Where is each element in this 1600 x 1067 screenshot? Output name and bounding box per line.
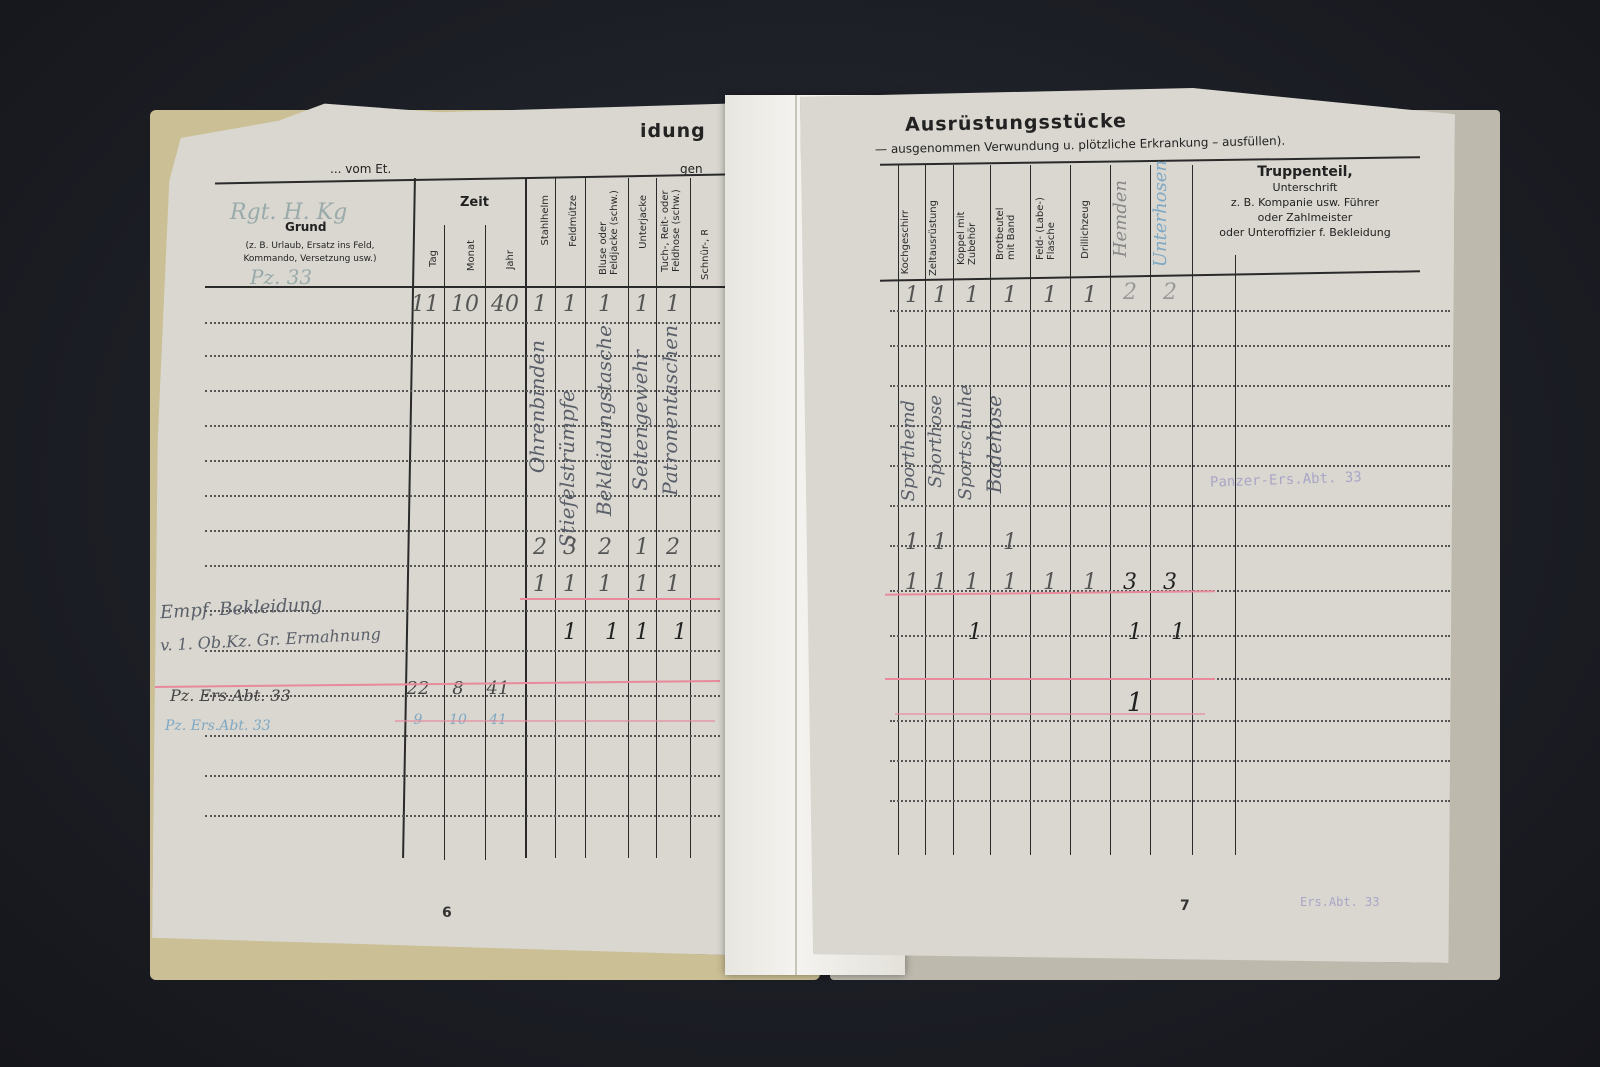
col-monat: Monat	[466, 240, 477, 271]
empf-count: 1	[673, 620, 687, 645]
handwritten-item: Ohrenbinden	[525, 340, 549, 473]
row-line	[890, 545, 1450, 547]
cell-brotbeutel: 1	[1003, 283, 1017, 308]
left-grid-line	[628, 178, 629, 858]
cell-bluse: 1	[598, 292, 612, 317]
row-line	[205, 815, 720, 817]
cell-kochgeschirr: 1	[905, 283, 919, 308]
cell-feldflasche: 1	[1043, 283, 1057, 308]
left-grid-line	[585, 178, 586, 858]
empf-count: 1	[1128, 620, 1142, 645]
cell-jahr: 41	[487, 678, 510, 699]
cell-koppel: 1	[965, 283, 979, 308]
col-unterjacke: Unterjacke	[638, 195, 649, 249]
truppenteil-header: Truppenteil, Unterschrift z. B. Kompanie…	[1200, 165, 1410, 240]
row-line	[890, 310, 1450, 312]
empf-count: 1	[968, 620, 982, 645]
row-line	[205, 565, 720, 567]
right-grid-line	[1110, 165, 1111, 855]
right-page-number: 7	[1180, 898, 1190, 914]
empf-count: 1	[635, 620, 649, 645]
handwritten-count: 1	[1003, 530, 1017, 555]
handwritten-count: 1	[905, 530, 919, 555]
right-grid-line	[1030, 165, 1031, 855]
right-grid-line	[1070, 165, 1071, 855]
cell-hemden: 2	[1123, 280, 1137, 305]
col-tag: Tag	[428, 250, 439, 267]
left-grid-line	[690, 178, 691, 858]
crossed-count: 1	[598, 572, 612, 597]
crossed-count: 1	[533, 572, 547, 597]
left-grid-line	[525, 178, 527, 858]
left-header-fragment: idung	[640, 120, 706, 142]
cell-jahr: 40	[491, 292, 519, 317]
zeit-heading: Zeit	[460, 195, 489, 210]
col-koppel: Koppel mit Zubehör	[956, 205, 982, 265]
handwritten-grund: Pz. Ers.Abt. 33	[170, 686, 291, 705]
col-kochgeschirr: Kochgeschirr	[900, 210, 911, 274]
handwritten-item: Sporthose	[925, 395, 946, 488]
col-bluse: Bluse oder Feldjacke (schw.)	[598, 185, 624, 275]
crossed-count: 1	[635, 572, 649, 597]
row-line	[205, 735, 720, 737]
right-grid-line	[1192, 165, 1193, 855]
handwritten-item: Seitengewehr	[628, 350, 652, 491]
row-line	[890, 505, 1450, 507]
unit-stamp-bottom: Ers.Abt. 33	[1300, 895, 1379, 909]
empf-count: 1	[605, 620, 619, 645]
row-line	[890, 720, 1450, 722]
grund-heading: Grund	[285, 220, 326, 234]
col-jahr: Jahr	[505, 250, 516, 270]
right-grid-line	[925, 165, 926, 855]
handwritten-count: 1	[933, 530, 947, 555]
cell-monat: 8	[452, 678, 463, 699]
left-grid-line	[485, 225, 486, 860]
col-drillichzeug: Drillichzeug	[1080, 200, 1091, 259]
crossed-count: 1	[965, 570, 979, 595]
red-strike-line	[395, 720, 715, 722]
row-line	[890, 800, 1450, 802]
cell-zeltausruestung: 1	[933, 283, 947, 308]
handwritten-count: 2	[598, 535, 612, 560]
cell-tuchhose: 1	[666, 292, 680, 317]
handwritten-count: 2	[533, 535, 547, 560]
col-unterhosen: Unterhosen	[1150, 160, 1171, 267]
col-feldmuetze: Feldmütze	[568, 195, 579, 247]
left-page-number: 6	[442, 905, 452, 921]
crossed-count: 1	[905, 570, 919, 595]
col-hemden: Hemden	[1110, 180, 1131, 257]
handwritten-item: Sportschuhe	[955, 385, 976, 500]
empf-count: 1	[563, 620, 577, 645]
row-line	[205, 650, 720, 652]
cell-drillichzeug: 1	[1083, 283, 1097, 308]
crossed-count: 1	[1003, 570, 1017, 595]
red-strike-line	[895, 713, 1205, 715]
handwritten-count: 3	[563, 535, 577, 560]
row-line	[205, 775, 720, 777]
handwritten-item: Badehose	[982, 395, 1006, 493]
red-strike-line	[885, 678, 1215, 680]
col-stahlhelm: Stahlhelm	[540, 195, 551, 246]
truppenteil-line1: Truppenteil,	[1200, 165, 1410, 180]
col-zeltausruestung: Zeltausrüstung	[928, 200, 939, 276]
handwritten-count: 1	[635, 535, 649, 560]
left-grid-line	[444, 225, 445, 860]
col-schnuerschuhe: Schnür-, Reitstiefel	[700, 230, 711, 280]
row-line	[890, 345, 1450, 347]
handwritten-item: Stiefelstrümpfe	[555, 390, 579, 547]
col-tuchhose: Tuch-, Reit- oder Feldhose (schw.)	[660, 182, 686, 272]
truppenteil-line5: oder Unteroffizier f. Bekleidung	[1200, 225, 1410, 240]
row-line	[205, 495, 720, 497]
truppenteil-line3: z. B. Kompanie usw. Führer	[1200, 195, 1410, 210]
crossed-count: 1	[666, 572, 680, 597]
row-line	[205, 322, 720, 324]
truppenteil-line2: Unterschrift	[1200, 180, 1410, 195]
col-brotbeutel: Brotbeutel mit Band	[995, 190, 1021, 260]
handwritten-item: Sporthemd	[898, 400, 919, 501]
left-grid-line	[656, 178, 657, 858]
right-page-title: Ausrüstungsstücke	[905, 110, 1127, 136]
handwritten-unit-bottom: Pz. 33	[250, 265, 312, 289]
cell-unterjacke: 1	[635, 292, 649, 317]
red-strike-line	[520, 598, 720, 600]
row-line	[890, 760, 1450, 762]
cell-tag: 11	[411, 292, 439, 317]
cell-tag: 22	[407, 678, 430, 699]
cell-stahlhelm: 1	[533, 292, 547, 317]
left-subheader-fragment: ... vom Et.	[330, 162, 391, 176]
cell-feldmuetze: 1	[563, 292, 577, 317]
row-line	[205, 530, 720, 532]
right-grid-line	[1150, 165, 1151, 855]
crossed-count: 1	[933, 570, 947, 595]
handwritten-item: Patronentaschen	[658, 325, 682, 496]
grund-note: (z. B. Urlaub, Ersatz ins Feld, Kommando…	[220, 240, 400, 266]
handwritten-item: Bekleidungstasche	[592, 325, 616, 516]
handwritten-grund-blue: Pz. Ers.Abt. 33	[165, 718, 271, 734]
cell-unterhosen: 2	[1163, 280, 1177, 305]
right-grid-line	[990, 165, 991, 855]
truppenteil-line4: oder Zahlmeister	[1200, 210, 1410, 225]
handwritten-count: 2	[666, 535, 680, 560]
empf-count: 1	[1171, 620, 1185, 645]
right-grid-line	[953, 165, 954, 855]
cell-monat: 10	[451, 292, 479, 317]
crossed-count: 1	[563, 572, 577, 597]
col-feldflasche: Feld- (Labe-) Flasche	[1035, 195, 1061, 260]
right-grid-line	[898, 165, 899, 855]
